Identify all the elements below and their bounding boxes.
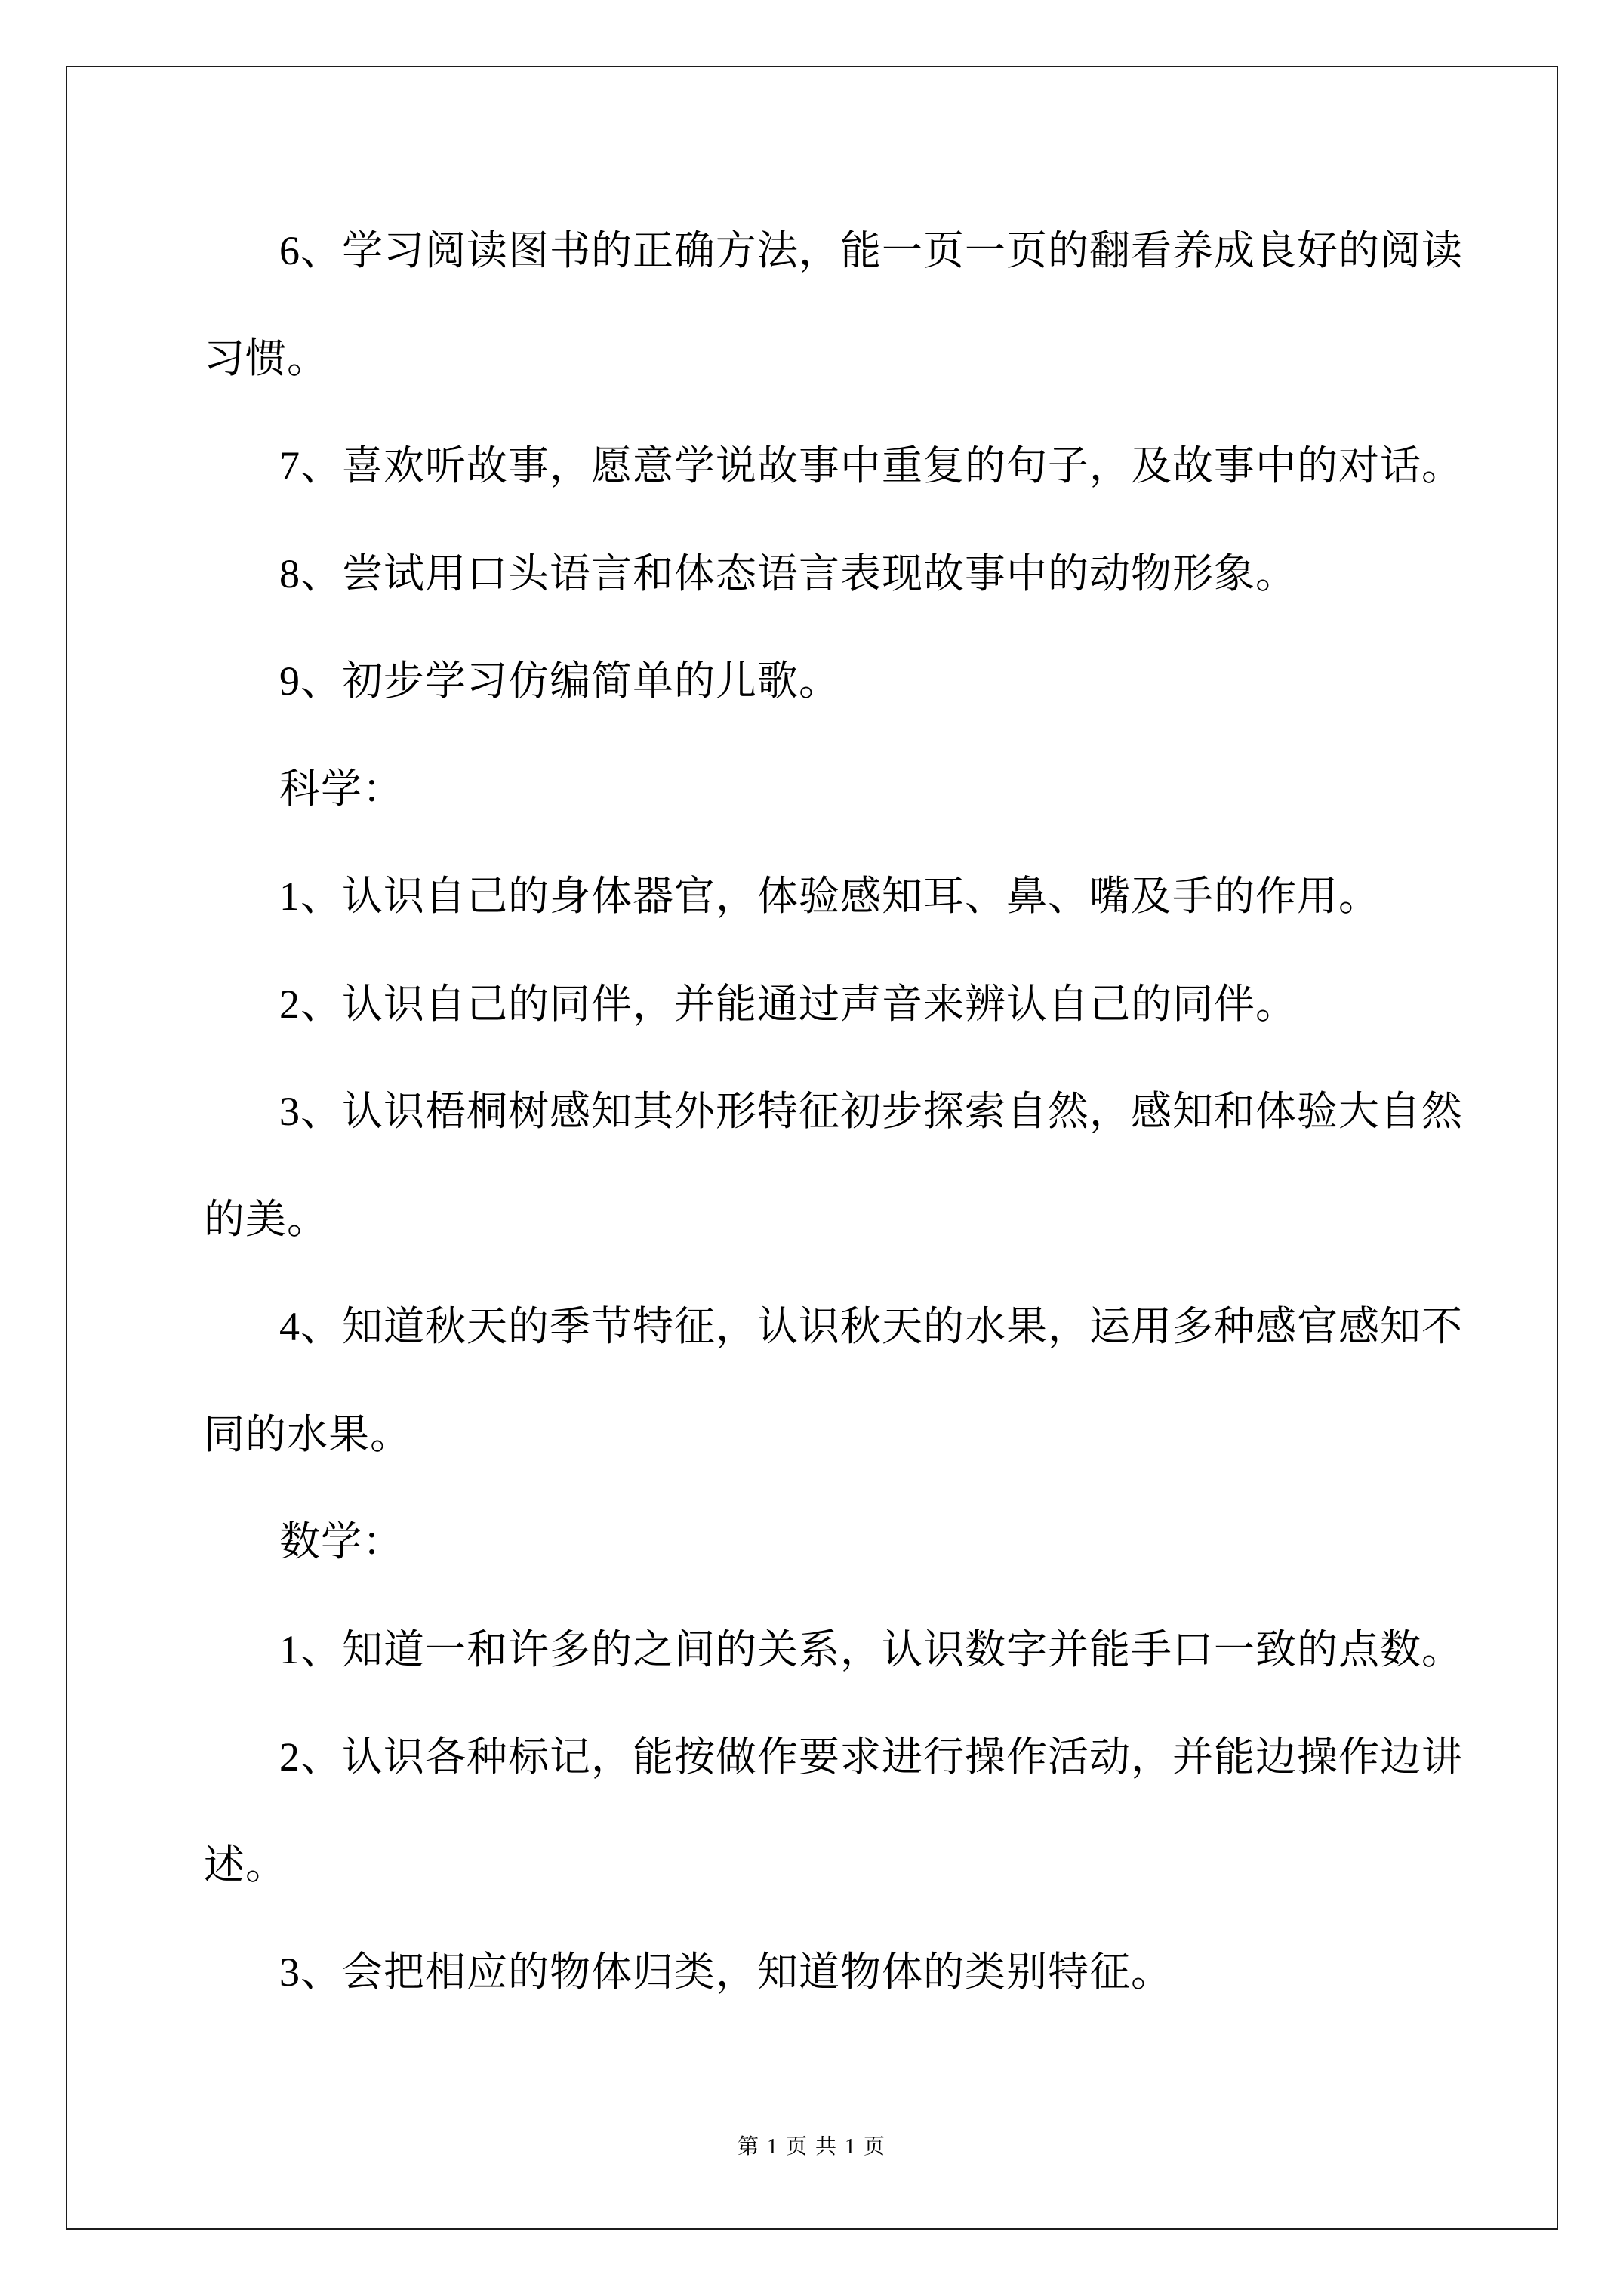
doc-line: 8、尝试用口头语言和体态语言表现故事中的动物形象。 [204,520,1502,628]
doc-line: 1、认识自己的身体器官，体验感知耳、鼻、嘴及手的作用。 [204,843,1502,951]
page-footer: 第 1 页 共 1 页 [67,2132,1557,2162]
doc-line: 习惯。 [204,305,1502,413]
doc-line: 3、认识梧桐树感知其外形特征初步探索自然，感知和体验大自然 [204,1058,1502,1166]
doc-line: 1、知道一和许多的之间的关系，认识数字并能手口一致的点数。 [204,1596,1502,1704]
section-heading-math: 数学： [204,1488,1502,1596]
doc-line: 6、学习阅读图书的正确方法，能一页一页的翻看养成良好的阅读 [204,197,1502,305]
page-number-label: 第 1 页 共 1 页 [738,2135,886,2159]
doc-line: 9、初步学习仿编简单的儿歌。 [204,627,1502,735]
document-body: 6、学习阅读图书的正确方法，能一页一页的翻看养成良好的阅读 习惯。 7、喜欢听故… [204,197,1502,2026]
doc-line: 述。 [204,1811,1502,1919]
doc-line: 7、喜欢听故事，愿意学说故事中重复的句子，及故事中的对话。 [204,412,1502,520]
doc-line: 同的水果。 [204,1381,1502,1489]
doc-line: 2、认识自己的同伴，并能通过声音来辨认自己的同伴。 [204,951,1502,1059]
doc-line: 2、认识各种标记，能按做作要求进行操作活动，并能边操作边讲 [204,1703,1502,1811]
doc-line: 4、知道秋天的季节特征，认识秋天的水果，运用多种感官感知不 [204,1273,1502,1381]
doc-line: 3、会把相应的物体归类，知道物体的类别特征。 [204,1918,1502,2026]
document-page: 6、学习阅读图书的正确方法，能一页一页的翻看养成良好的阅读 习惯。 7、喜欢听故… [0,0,1623,2296]
section-heading-science: 科学： [204,735,1502,843]
doc-line: 的美。 [204,1166,1502,1274]
